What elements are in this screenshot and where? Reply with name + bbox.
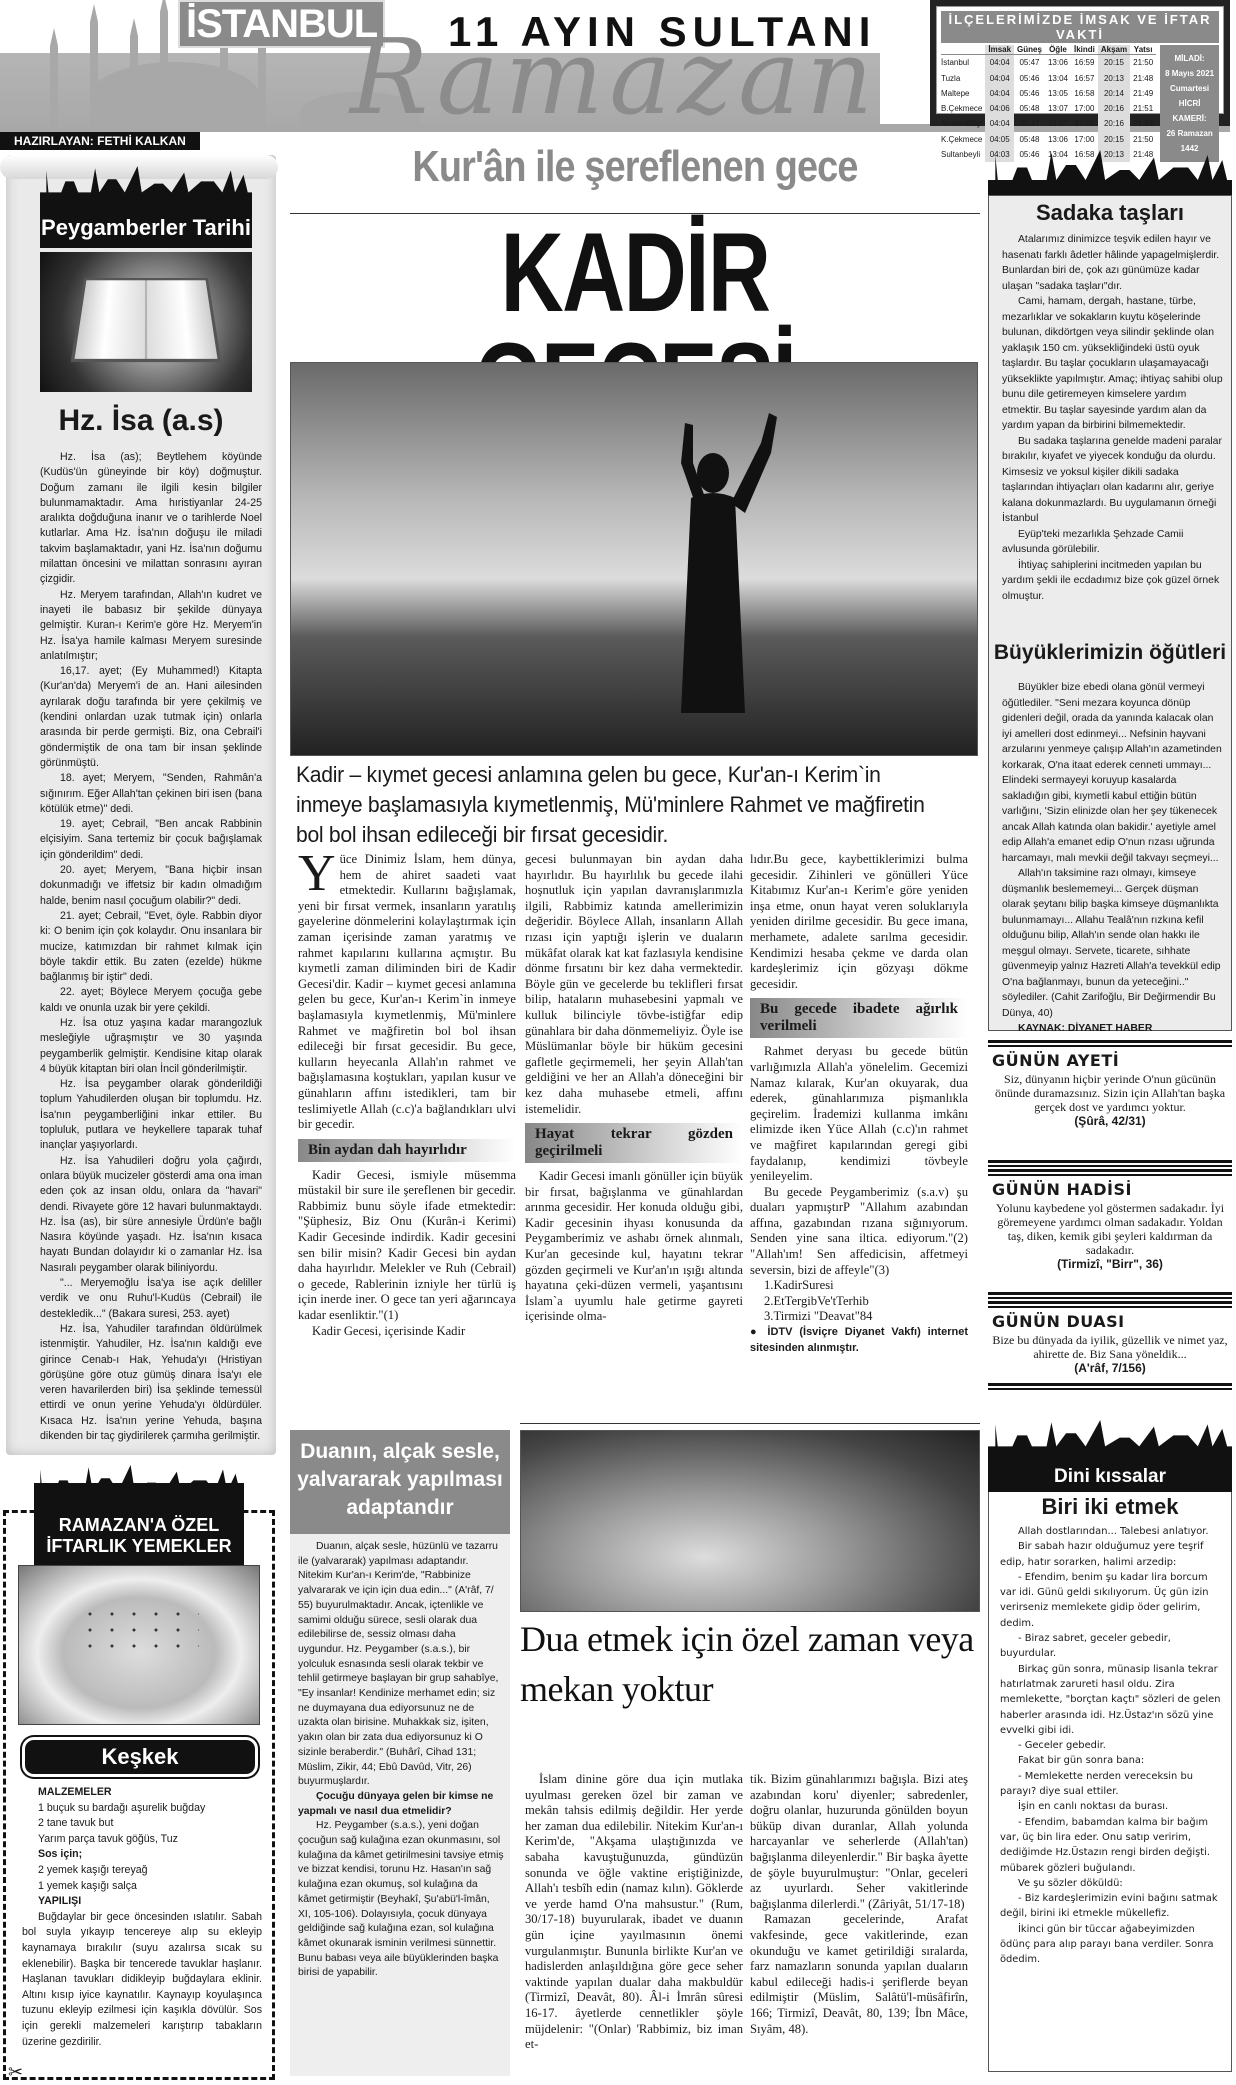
- keskek-photo: [18, 1565, 260, 1725]
- dua-sidebar-body: Duanın, alçak sesle, hüzünlü ve tazarru …: [298, 1540, 504, 1981]
- story-title: Biri iki etmek: [988, 1494, 1232, 1520]
- section-title: 11 AYIN SULTANI: [448, 8, 876, 56]
- col-header: Yatsı: [1130, 45, 1156, 55]
- drop-cap: Y: [298, 852, 336, 896]
- article-column-2: gecesi bulunmayan bin aydan daha hayırlı…: [525, 852, 743, 1325]
- table-row: K.Çekmece 04:05 05:48 13:06 17:00 20:15 …: [941, 132, 1156, 147]
- praying-hands-photo: [520, 1430, 980, 1612]
- date-box: MİLADİ: 8 Mayıs 2021 Cumartesi HİCRİ KAM…: [1160, 45, 1219, 162]
- article-body: Hz. İsa (as); Beytlehem köyünde (Kudüs'ü…: [40, 450, 262, 1444]
- recipe-body: MALZEMELER 1 buçuk su bardağı aşurelik b…: [22, 1785, 262, 2050]
- dua-article-headline: Dua etmek için özel zaman veya mekan yok…: [520, 1614, 980, 1714]
- sub-headline: Kur'ân ile şereflenen gece: [338, 140, 931, 194]
- source-note: KAYNAK: DİYANET HABER: [1002, 1021, 1224, 1037]
- subhead: Bu gecede ibadete ağırlık verilmeli: [750, 998, 968, 1038]
- col-header: Akşam: [1098, 45, 1130, 55]
- sadaka-title: Sadaka taşları: [988, 200, 1232, 226]
- dua-article-column-1: İslam dinine göre dua için mutlaka uyulm…: [525, 1772, 743, 2053]
- recipe-title: Keşkek: [22, 1737, 258, 1777]
- recipe-banner-title: RAMAZAN'A ÖZEL İFTARLIK YEMEKLER: [34, 1515, 244, 1557]
- table-row: B.Çekmece 04:06 05:48 13:07 17:00 20:16 …: [941, 101, 1156, 116]
- dua-article-column-2: tik. Bizim günahlarımızı bağışla. Bizi a…: [750, 1772, 968, 2037]
- open-book-icon: [71, 278, 222, 362]
- article-column-3: lıdır.Bu gece, kaybettiklerimizi bulma g…: [750, 852, 968, 1356]
- col-header: İmsak: [985, 45, 1014, 55]
- hadith-of-day: GÜNÜN HADİSİ Yolunu kaybedene yol göster…: [988, 1160, 1232, 1271]
- prayer-times-table: İmsak Güneş Öğle İkindi Akşam Yatsı İsta…: [941, 45, 1156, 162]
- lede-text: Kadir – kıymet gecesi anlamına gelen bu …: [296, 760, 949, 850]
- verse-of-day: GÜNÜN AYETİ Siz, dünyanın hiçbir yerinde…: [988, 1040, 1232, 1128]
- table-row: Sultanbeyli 04:03 05:46 13:04 16:58 20:1…: [941, 147, 1156, 162]
- religious-stories-banner: Dini kıssalar: [988, 1462, 1232, 1492]
- col-header: Güneş: [1014, 45, 1045, 55]
- dua-sidebar-headline: Duanın, alçak sesle, yalvararak yapılmas…: [290, 1430, 510, 1534]
- skyline-silhouette-icon: [988, 1420, 1232, 1464]
- prayer-times-title: İLÇELERİMİZDE İMSAK VE İFTAR VAKTİ: [941, 11, 1219, 43]
- divider: [520, 1423, 980, 1424]
- story-body: Allah dostlarından... Talebesi anlatıyor…: [1000, 1524, 1226, 1968]
- col-header: İkindi: [1071, 45, 1098, 55]
- byline: HAZIRLAYAN: FETHİ KALKAN: [0, 132, 200, 150]
- masthead: İSTANBUL Ramazan 11 AYIN SULTANI HAZIRLA…: [0, 0, 1236, 140]
- advice-title: Büyüklerimizin öğütleri: [988, 641, 1232, 665]
- prayer-times-panel: İLÇELERİMİZDE İMSAK VE İFTAR VAKTİ İmsak…: [930, 0, 1230, 126]
- table-row: Maltepe 04:04 05:46 13:05 16:58 20:14 21…: [941, 86, 1156, 101]
- article-column-1: Yüce Dinimiz İslam, hem dünya, hem de ah…: [298, 852, 516, 1339]
- table-row: Tuzla 04:04 05:46 13:04 16:57 20:13 21:4…: [941, 71, 1156, 86]
- praying-silhouette-icon: [661, 403, 801, 713]
- sadaka-body: Atalarımız dinimizce teşvik edilen hayır…: [1002, 232, 1224, 604]
- scissors-icon: ✂: [8, 2062, 23, 2083]
- praying-man-photo: [290, 362, 978, 756]
- prophets-history-banner: Peygamberler Tarihi: [40, 208, 252, 248]
- advice-body: Büyükler bize ebedi olana gönül vermeyi …: [1002, 680, 1224, 1037]
- table-row: İstanbul 04:04 05:47 13:06 16:59 20:15 2…: [941, 55, 1156, 71]
- subhead: Hayat tekrar gözden geçirilmeli: [525, 1123, 743, 1163]
- prayer-of-day: GÜNÜN DUASI Bize bu dünyada da iyilik, g…: [988, 1292, 1232, 1390]
- table-row: Arnavutköy 04:04 05:47 13:07 17:00 20:16…: [941, 116, 1156, 131]
- source-note: ● İDTV (İsviçre Diyanet Vakfı) internet …: [750, 1325, 968, 1356]
- article-title: Hz. İsa (a.s): [6, 404, 276, 438]
- subhead: Bin aydan dah hayırlıdır: [298, 1139, 516, 1162]
- col-header: Öğle: [1045, 45, 1071, 55]
